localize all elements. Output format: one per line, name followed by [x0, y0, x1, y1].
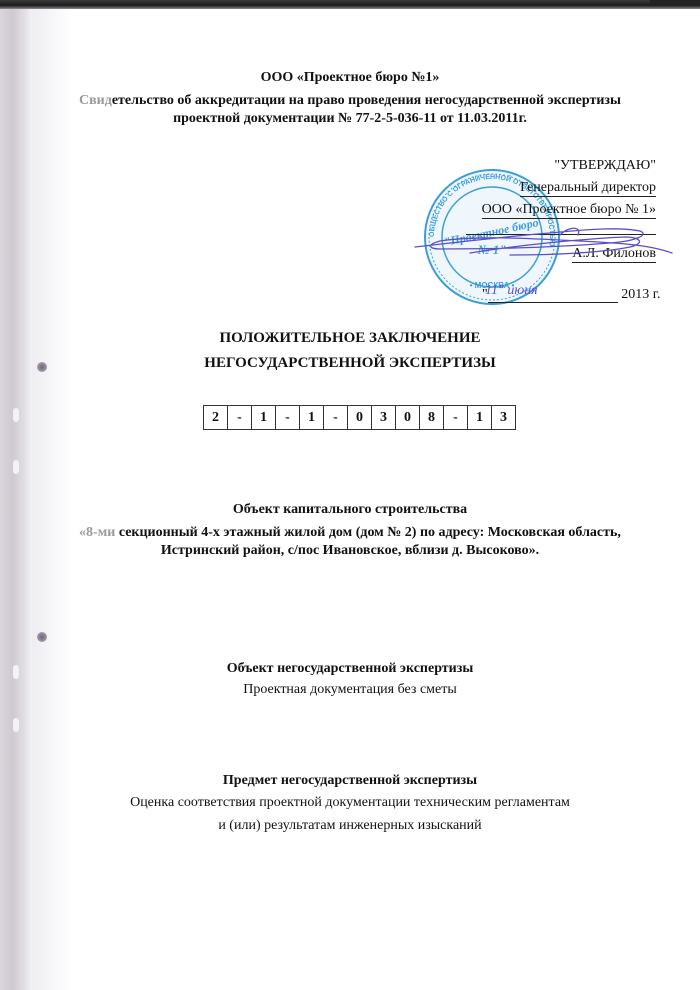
- expertise-subject-line-2: и (или) результатам инженерных изысканий: [0, 818, 700, 834]
- registration-code-cell: -: [276, 406, 300, 430]
- binder-shadow: [0, 9, 32, 990]
- capital-object-heading: Объект капитального строительства: [0, 502, 700, 518]
- position-title: Генеральный директор: [520, 179, 656, 197]
- registration-code-table: 2-1-1-0308-13: [203, 405, 516, 430]
- certificate-line-1-text: етельство об аккредитации на право прове…: [112, 93, 621, 108]
- expertise-object-value: Проектная документация без сметы: [0, 682, 700, 698]
- binder-hole: [13, 408, 19, 422]
- registration-code-cell: 0: [396, 406, 420, 430]
- organization-name: ООО «Проектное бюро №1»: [0, 70, 700, 86]
- registration-code-cell: 8: [420, 406, 444, 430]
- registration-code-cell: -: [324, 406, 348, 430]
- document-title-line-1: ПОЛОЖИТЕЛЬНОЕ ЗАКЛЮЧЕНИЕ: [0, 330, 700, 347]
- registration-code-cell: 1: [300, 406, 324, 430]
- capital-object-line-1: «8-ми секционный 4-х этажный жилой дом (…: [0, 525, 700, 541]
- punch-mark: [37, 632, 47, 642]
- scan-top-edge: [0, 0, 700, 9]
- approval-year: 2013 г.: [621, 287, 660, 302]
- expertise-subject-line-1: Оценка соответствия проектной документац…: [0, 795, 700, 811]
- binder-hole: [13, 718, 19, 732]
- binder-hole: [13, 460, 19, 474]
- capital-object-faded-prefix: «8-ми: [79, 525, 115, 540]
- document-title-line-2: НЕГОСУДАРСТВЕННОЙ ЭКСПЕРТИЗЫ: [0, 355, 700, 372]
- registration-code-cell: 1: [252, 406, 276, 430]
- registration-code-cell: -: [444, 406, 468, 430]
- approve-label: "УТВЕРЖДАЮ": [466, 155, 656, 177]
- expertise-object-heading: Объект негосударственной экспертизы: [0, 661, 700, 677]
- expertise-subject-heading: Предмет негосударственной экспертизы: [0, 773, 700, 789]
- handwritten-date: 11" июня: [475, 278, 595, 300]
- capital-object-line-1-text: секционный 4-х этажный жилой дом (дом № …: [115, 525, 621, 540]
- binder-fade: [32, 9, 72, 990]
- certificate-line-1: Свидетельство об аккредитации на право п…: [0, 93, 700, 109]
- certificate-faded-prefix: Свид: [79, 93, 112, 108]
- capital-object-line-2: Истринский район, с/пос Ивановское, вбли…: [0, 543, 700, 559]
- registration-code-cell: 1: [468, 406, 492, 430]
- registration-code-row: 2-1-1-0308-13: [204, 406, 516, 430]
- registration-code-cell: 3: [372, 406, 396, 430]
- registration-code-cell: -: [228, 406, 252, 430]
- registration-code-cell: 0: [348, 406, 372, 430]
- registration-code-cell: 3: [492, 406, 516, 430]
- certificate-line-2: проектной документации № 77-2-5-036-11 о…: [0, 111, 700, 127]
- scan-top-edge-dark: [650, 0, 700, 6]
- handwritten-signature: [410, 215, 680, 265]
- handwritten-date-text: 11" июня: [485, 283, 538, 298]
- registration-code-cell: 2: [204, 406, 228, 430]
